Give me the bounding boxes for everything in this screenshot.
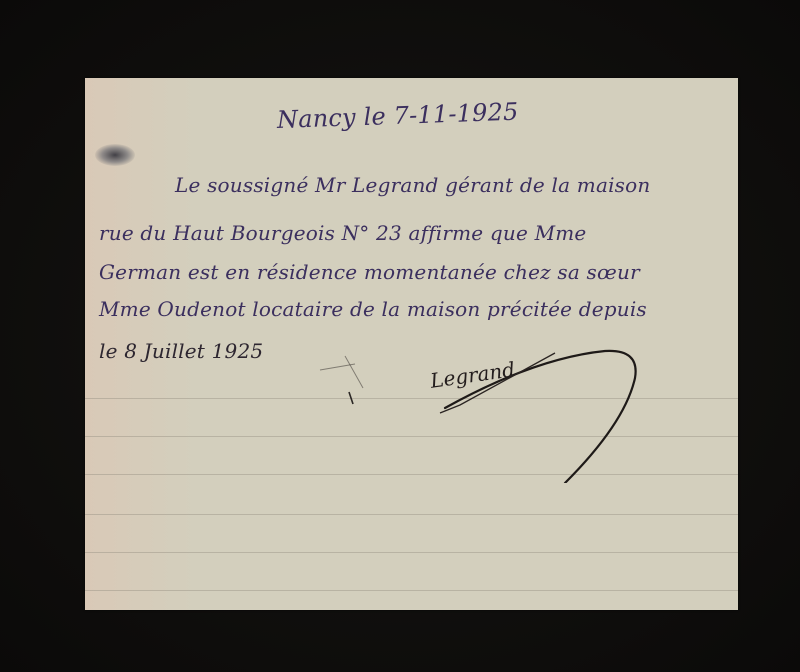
place-date-heading: Nancy le 7-11-1925 [277,98,519,134]
signature-flourish-icon [415,333,655,483]
body-line-4: Mme Oudenot locataire de la maison préci… [99,297,647,321]
ruled-line [85,514,738,515]
body-line-5-date: le 8 Juillet 1925 [99,339,263,363]
body-line-1: Le soussigné Mr Legrand gérant de la mai… [175,173,650,197]
ink-smudge-mark [95,144,135,166]
ruled-line [85,590,738,591]
pencil-mark-icon [315,348,385,408]
letter-sheet: Nancy le 7-11-1925 Le soussigné Mr Legra… [85,78,738,610]
ruled-line [85,552,738,553]
body-line-2: rue du Haut Bourgeois N° 23 affirme que … [99,221,586,245]
body-line-3: German est en résidence momentanée chez … [99,260,640,284]
